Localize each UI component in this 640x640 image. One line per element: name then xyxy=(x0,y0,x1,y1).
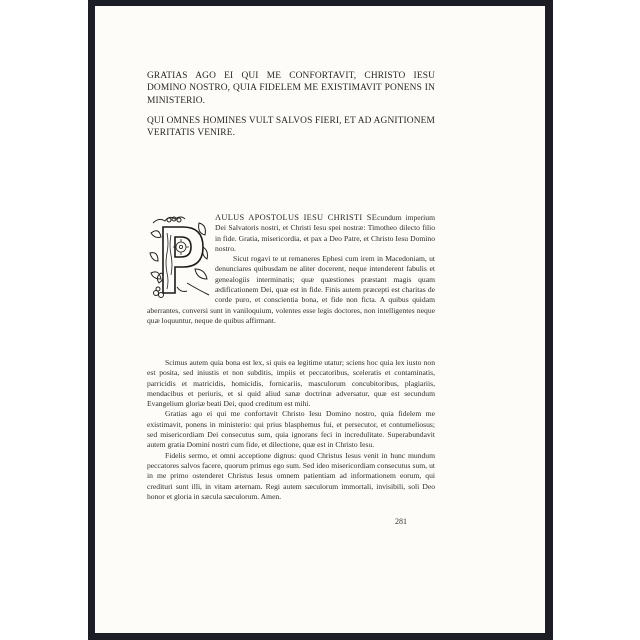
page-number: 281 xyxy=(395,517,407,526)
header-caps-line-2: QUI OMNES HOMINES VULT SALVOS FIERI, ET … xyxy=(147,115,435,140)
header-caps-line-1: GRATIAS AGO EI QUI ME CONFORTAVIT, CHRIS… xyxy=(147,70,435,107)
body-section: Scimus autem quia bona est lex, si quis … xyxy=(147,358,435,502)
paragraph-gratias-ago: Gratias ago ei qui me confortavit Christ… xyxy=(147,409,435,450)
header-caps-block: GRATIAS AGO EI QUI ME CONFORTAVIT, CHRIS… xyxy=(147,70,435,139)
paragraph-scimus-autem: Scimus autem quia bona est lex, si quis … xyxy=(147,358,435,409)
chapter-lead-caps: AULUS APOSTOLUS IESU CHRISTI SE xyxy=(215,213,377,222)
ornamental-initial-p-icon xyxy=(147,213,211,301)
paragraph-fidelis-sermo: Fidelis sermo, et omni acceptione dignus… xyxy=(147,451,435,502)
chapter-opening: AULUS APOSTOLUS IESU CHRISTI SEcundum im… xyxy=(147,213,435,326)
